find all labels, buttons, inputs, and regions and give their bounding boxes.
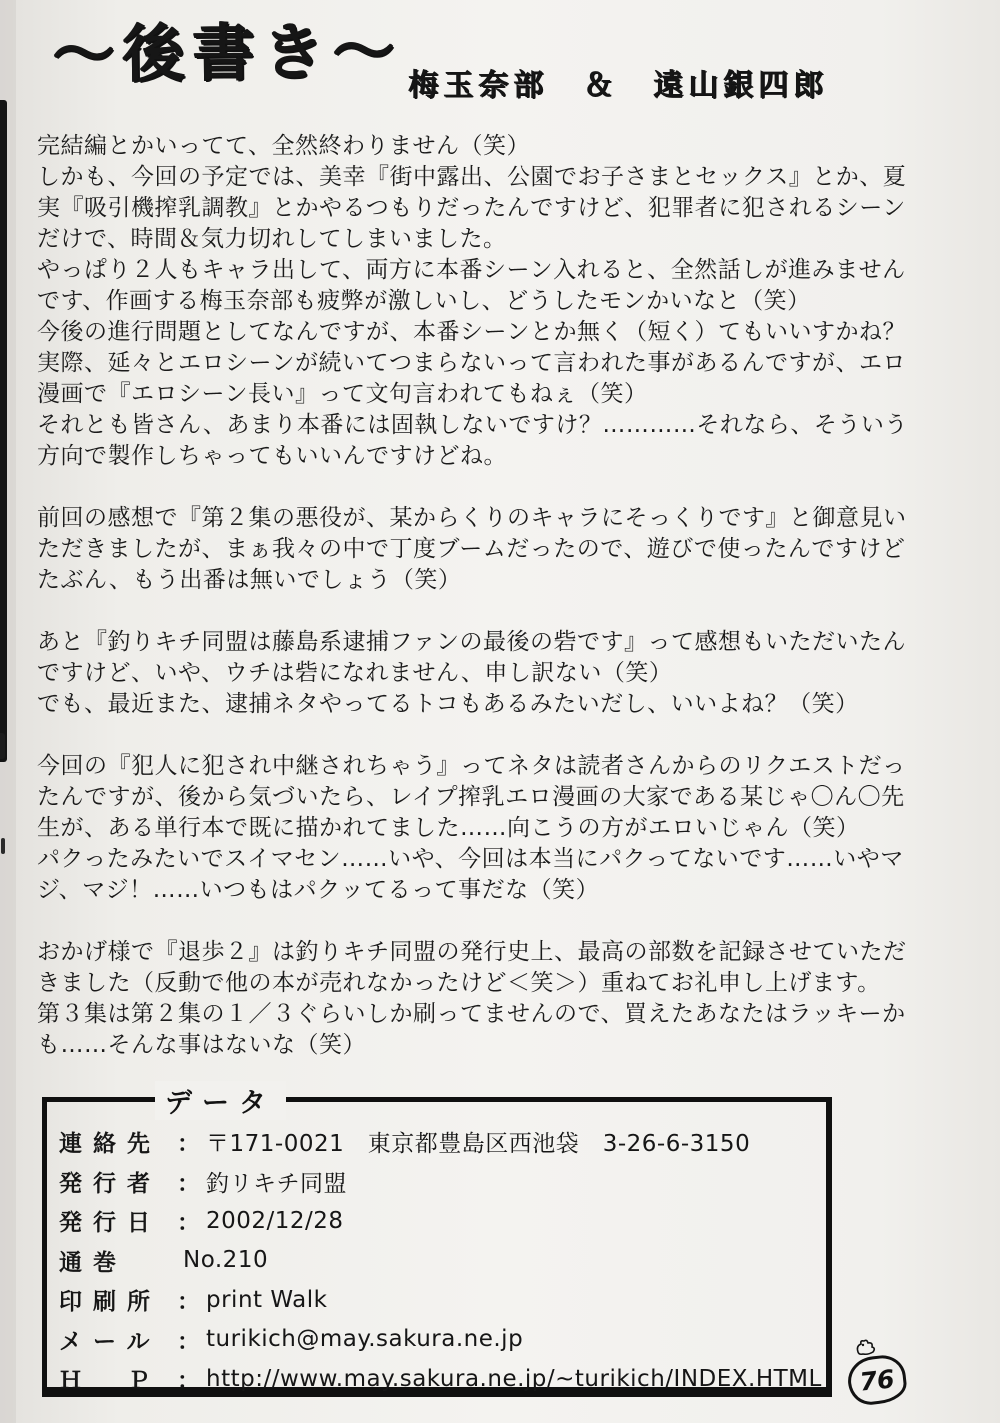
afterword-paragraph: 前回の感想で『第２集の悪役が、某からくりのキャラにそっくりです』と御意見い ただ… (37, 503, 952, 596)
data-row-value: 釣リキチ同盟 (206, 1165, 347, 1198)
data-row-label: 発行者 (59, 1165, 177, 1198)
data-row: Ｈ Ｐ ： http://www.may.sakura.ne.jp/~turik… (59, 1359, 826, 1399)
afterword-paragraph: あと『釣りキチ同盟は藤島系逮捕ファンの最後の砦です』って感想もいただいたん です… (37, 627, 952, 720)
scan-edge-mark (0, 733, 5, 759)
data-row-value: 〒171-0021 東京都豊島区西池袋 3-26-6-3150 (206, 1125, 750, 1158)
data-row: メール ： turikich@may.sakura.ne.jp (59, 1320, 826, 1360)
data-row-value: No.210 (183, 1247, 268, 1273)
afterword-paragraph: 今回の『犯人に犯され中継されちゃう』ってネタは読者さんからのリクエストだっ たん… (37, 751, 952, 906)
afterword-paragraph: おかげ様で『退歩２』は釣りキチ同盟の発行史上、最高の部数を記録させていただ きま… (37, 937, 952, 1061)
afterword-paragraph: 完結編とかいってて、全然終わりません（笑） しかも、今回の予定では、美幸『街中露… (37, 131, 952, 472)
data-row-separator: ： (177, 1323, 200, 1356)
data-row-value: http://www.may.sakura.ne.jp/~turikich/IN… (206, 1366, 822, 1392)
data-box-label: データ (155, 1081, 286, 1120)
data-row: 印刷所 ： print Walk (59, 1280, 826, 1320)
data-row: 通巻 No.210 (59, 1241, 826, 1281)
data-row-label: 発行日 (59, 1204, 177, 1237)
data-row-label: メール (59, 1323, 177, 1356)
data-row-value: 2002/12/28 (206, 1208, 344, 1234)
data-row-separator: ： (177, 1283, 200, 1316)
data-box: データ 連絡先 ： 〒171-0021 東京都豊島区西池袋 3-26-6-315… (42, 1097, 832, 1397)
data-box-rows: 連絡先 ： 〒171-0021 東京都豊島区西池袋 3-26-6-3150 発行… (59, 1122, 826, 1399)
scan-edge-artifact (0, 100, 7, 762)
data-row: 発行者 ： 釣リキチ同盟 (59, 1162, 826, 1202)
data-row-value: print Walk (206, 1287, 327, 1313)
afterword-text: 完結編とかいってて、全然終わりません（笑） しかも、今回の予定では、美幸『街中露… (37, 131, 952, 1092)
data-row-separator: ： (177, 1125, 200, 1158)
afterword-page: ～後書き～ 梅玉奈部 ＆ 遠山銀四郎 完結編とかいってて、全然終わりません（笑）… (0, 0, 1000, 1423)
data-row-separator: ： (177, 1362, 200, 1395)
scan-edge-mark (1, 838, 5, 854)
page-number: 76 (848, 1338, 918, 1404)
data-row-label: 通巻 (59, 1244, 177, 1277)
data-row-value: turikich@may.sakura.ne.jp (206, 1326, 523, 1352)
page-title: ～後書き～ (52, 20, 403, 86)
data-row-label: 連絡先 (59, 1125, 177, 1158)
data-row-label: 印刷所 (59, 1283, 177, 1316)
data-row: 連絡先 ： 〒171-0021 東京都豊島区西池袋 3-26-6-3150 (59, 1122, 826, 1162)
data-row-label: Ｈ Ｐ (59, 1362, 177, 1395)
data-row: 発行日 ： 2002/12/28 (59, 1201, 826, 1241)
page-number-badge: 76 (846, 1353, 909, 1407)
data-row-separator: ： (177, 1204, 200, 1237)
authors-names: 梅玉奈部 ＆ 遠山銀四郎 (408, 60, 828, 104)
page-number-text: 76 (858, 1364, 896, 1396)
data-row-separator: ： (177, 1165, 200, 1198)
